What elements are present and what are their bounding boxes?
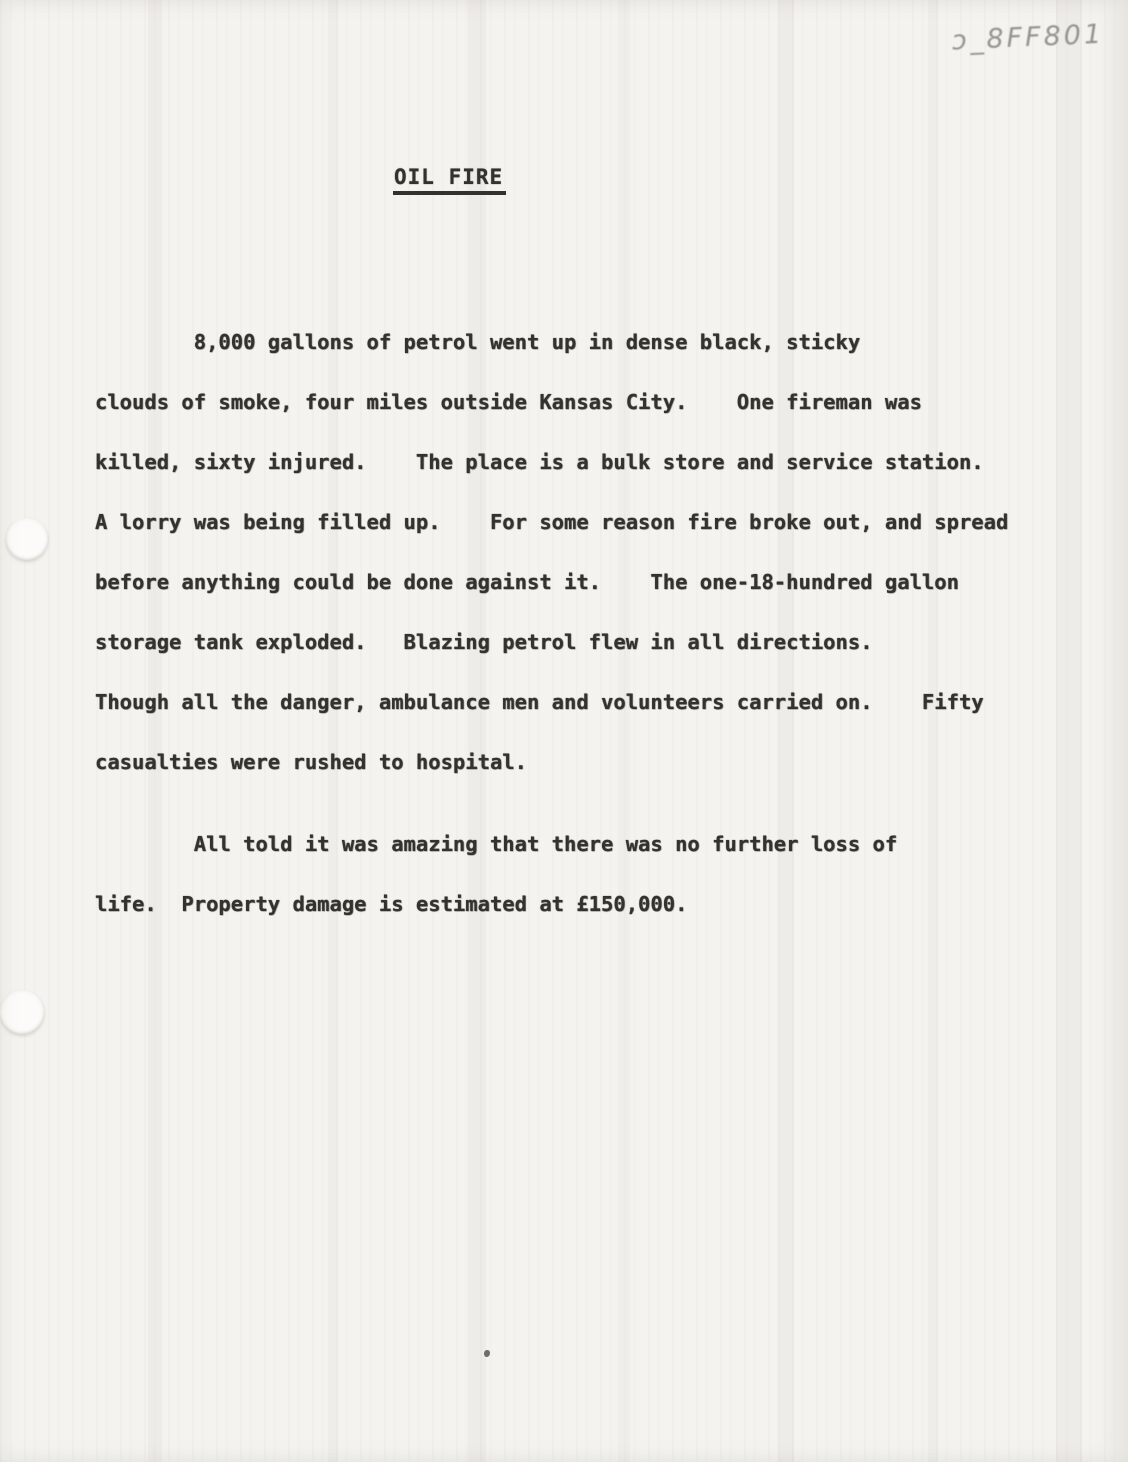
- text-line: life. Property damage is estimated at £1…: [95, 874, 1055, 934]
- paragraph: All told it was amazing that there was n…: [95, 814, 1055, 934]
- paragraph: 8,000 gallons of petrol went up in dense…: [95, 312, 1055, 792]
- text-line: A lorry was being filled up. For some re…: [95, 492, 1055, 552]
- text-line: clouds of smoke, four miles outside Kans…: [95, 372, 1055, 432]
- scan-streak: [1056, 0, 1082, 1462]
- handwritten-reference: ɔ_8FF801: [951, 19, 1104, 57]
- text-line: Though all the danger, ambulance men and…: [95, 672, 1055, 732]
- ink-speck: [484, 1350, 490, 1357]
- text-line: 8,000 gallons of petrol went up in dense…: [95, 312, 1055, 372]
- document-title: OIL FIRE: [393, 164, 506, 195]
- punch-hole: [6, 518, 48, 560]
- text-line: killed, sixty injured. The place is a bu…: [95, 432, 1055, 492]
- text-line: All told it was amazing that there was n…: [95, 814, 1055, 874]
- text-line: storage tank exploded. Blazing petrol fl…: [95, 612, 1055, 672]
- document-page: ɔ_8FF801 OIL FIRE 8,000 gallons of petro…: [0, 0, 1128, 1462]
- text-line: before anything could be done against it…: [95, 552, 1055, 612]
- punch-hole: [0, 990, 44, 1034]
- text-line: casualties were rushed to hospital.: [95, 732, 1055, 792]
